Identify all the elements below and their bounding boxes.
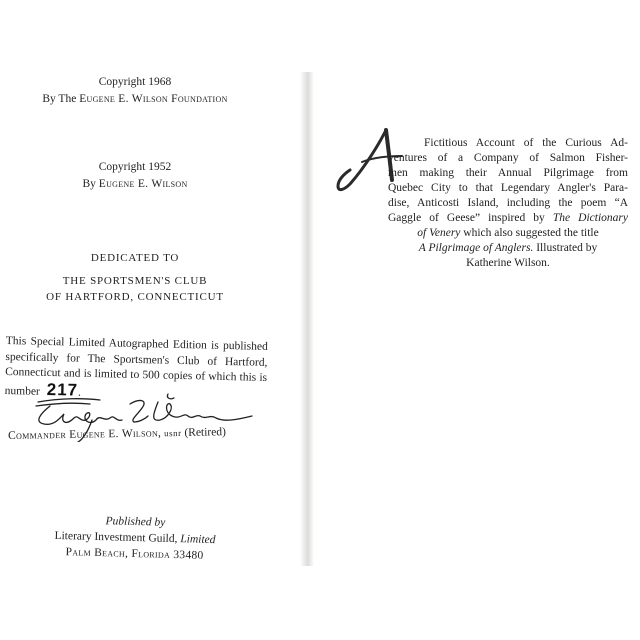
left-page: Copyright 1968 By The Eugene E. Wilson F… [0, 0, 300, 640]
description-line-7: of Venery which also suggested the title [388, 226, 628, 241]
dedication-line-1: THE SPORTSMEN'S CLUB [0, 273, 270, 289]
description-line-4: Quebec City to that Legendary Angler's P… [388, 181, 628, 196]
commander-service: usnr [164, 428, 182, 438]
dedication-line-2: OF HARTFORD, CONNECTICUT [0, 289, 270, 305]
pilgrimage-title: A Pilgrimage of Anglers. [419, 242, 534, 254]
description-line-7-text: which also suggested the title [460, 227, 598, 239]
publisher-block: Published by Literary Investment Guild, … [29, 511, 240, 564]
copyright-1968: Copyright 1968 By The Eugene E. Wilson F… [0, 74, 270, 108]
dictionary-title: The Dictionary [553, 212, 628, 224]
book-description: Fictitious Account of the Curious Ad- ve… [388, 136, 628, 271]
book-spread: Copyright 1968 By The Eugene E. Wilson F… [0, 0, 640, 640]
venery-title: of Venery [417, 227, 460, 239]
description-line-2: ventures of a Company of Salmon Fisher- [388, 151, 628, 166]
description-line-8: A Pilgrimage of Anglers. Illustrated by [388, 241, 628, 256]
commander-status: (Retired) [184, 426, 226, 439]
copyright-1968-holder: By The Eugene E. Wilson Foundation [0, 91, 270, 108]
copyright-1968-prefix: By The [42, 93, 79, 105]
publisher-name-suffix: Limited [180, 533, 215, 546]
publisher-name: Literary Investment Guild, [54, 530, 177, 545]
description-line-8-text: Illustrated by [533, 242, 597, 254]
book-gutter [300, 72, 314, 566]
copyright-1952-prefix: By [82, 178, 98, 190]
description-line-6-text: Gaggle of Geese” inspired by [388, 212, 545, 224]
copyright-1952-name: Eugene E. Wilson [99, 178, 188, 190]
description-line-6: Gaggle of Geese” inspired by The Diction… [388, 211, 628, 226]
copyright-1952: Copyright 1952 By Eugene E. Wilson [0, 159, 270, 193]
dedication: DEDICATED TO THE SPORTSMEN'S CLUB OF HAR… [0, 249, 270, 305]
edition-notice-text: This Special Limited Autographed Edition… [5, 335, 268, 397]
description-line-3: men making their Annual Pilgrimage from [388, 166, 628, 181]
copyright-1968-year: Copyright 1968 [0, 74, 270, 91]
description-line-1: Fictitious Account of the Curious Ad- [388, 136, 628, 151]
copyright-1952-year: Copyright 1952 [0, 159, 270, 176]
dedication-label: DEDICATED TO [0, 249, 270, 267]
description-line-9: Katherine Wilson. [388, 256, 628, 271]
right-page: A Fictitious Account of the Curious Ad- … [316, 0, 640, 640]
copyright-1968-name: Eugene E. Wilson Foundation [79, 93, 227, 105]
copyright-1952-holder: By Eugene E. Wilson [0, 176, 270, 193]
description-line-5: dise, Anticosti Island, including the po… [388, 196, 628, 211]
